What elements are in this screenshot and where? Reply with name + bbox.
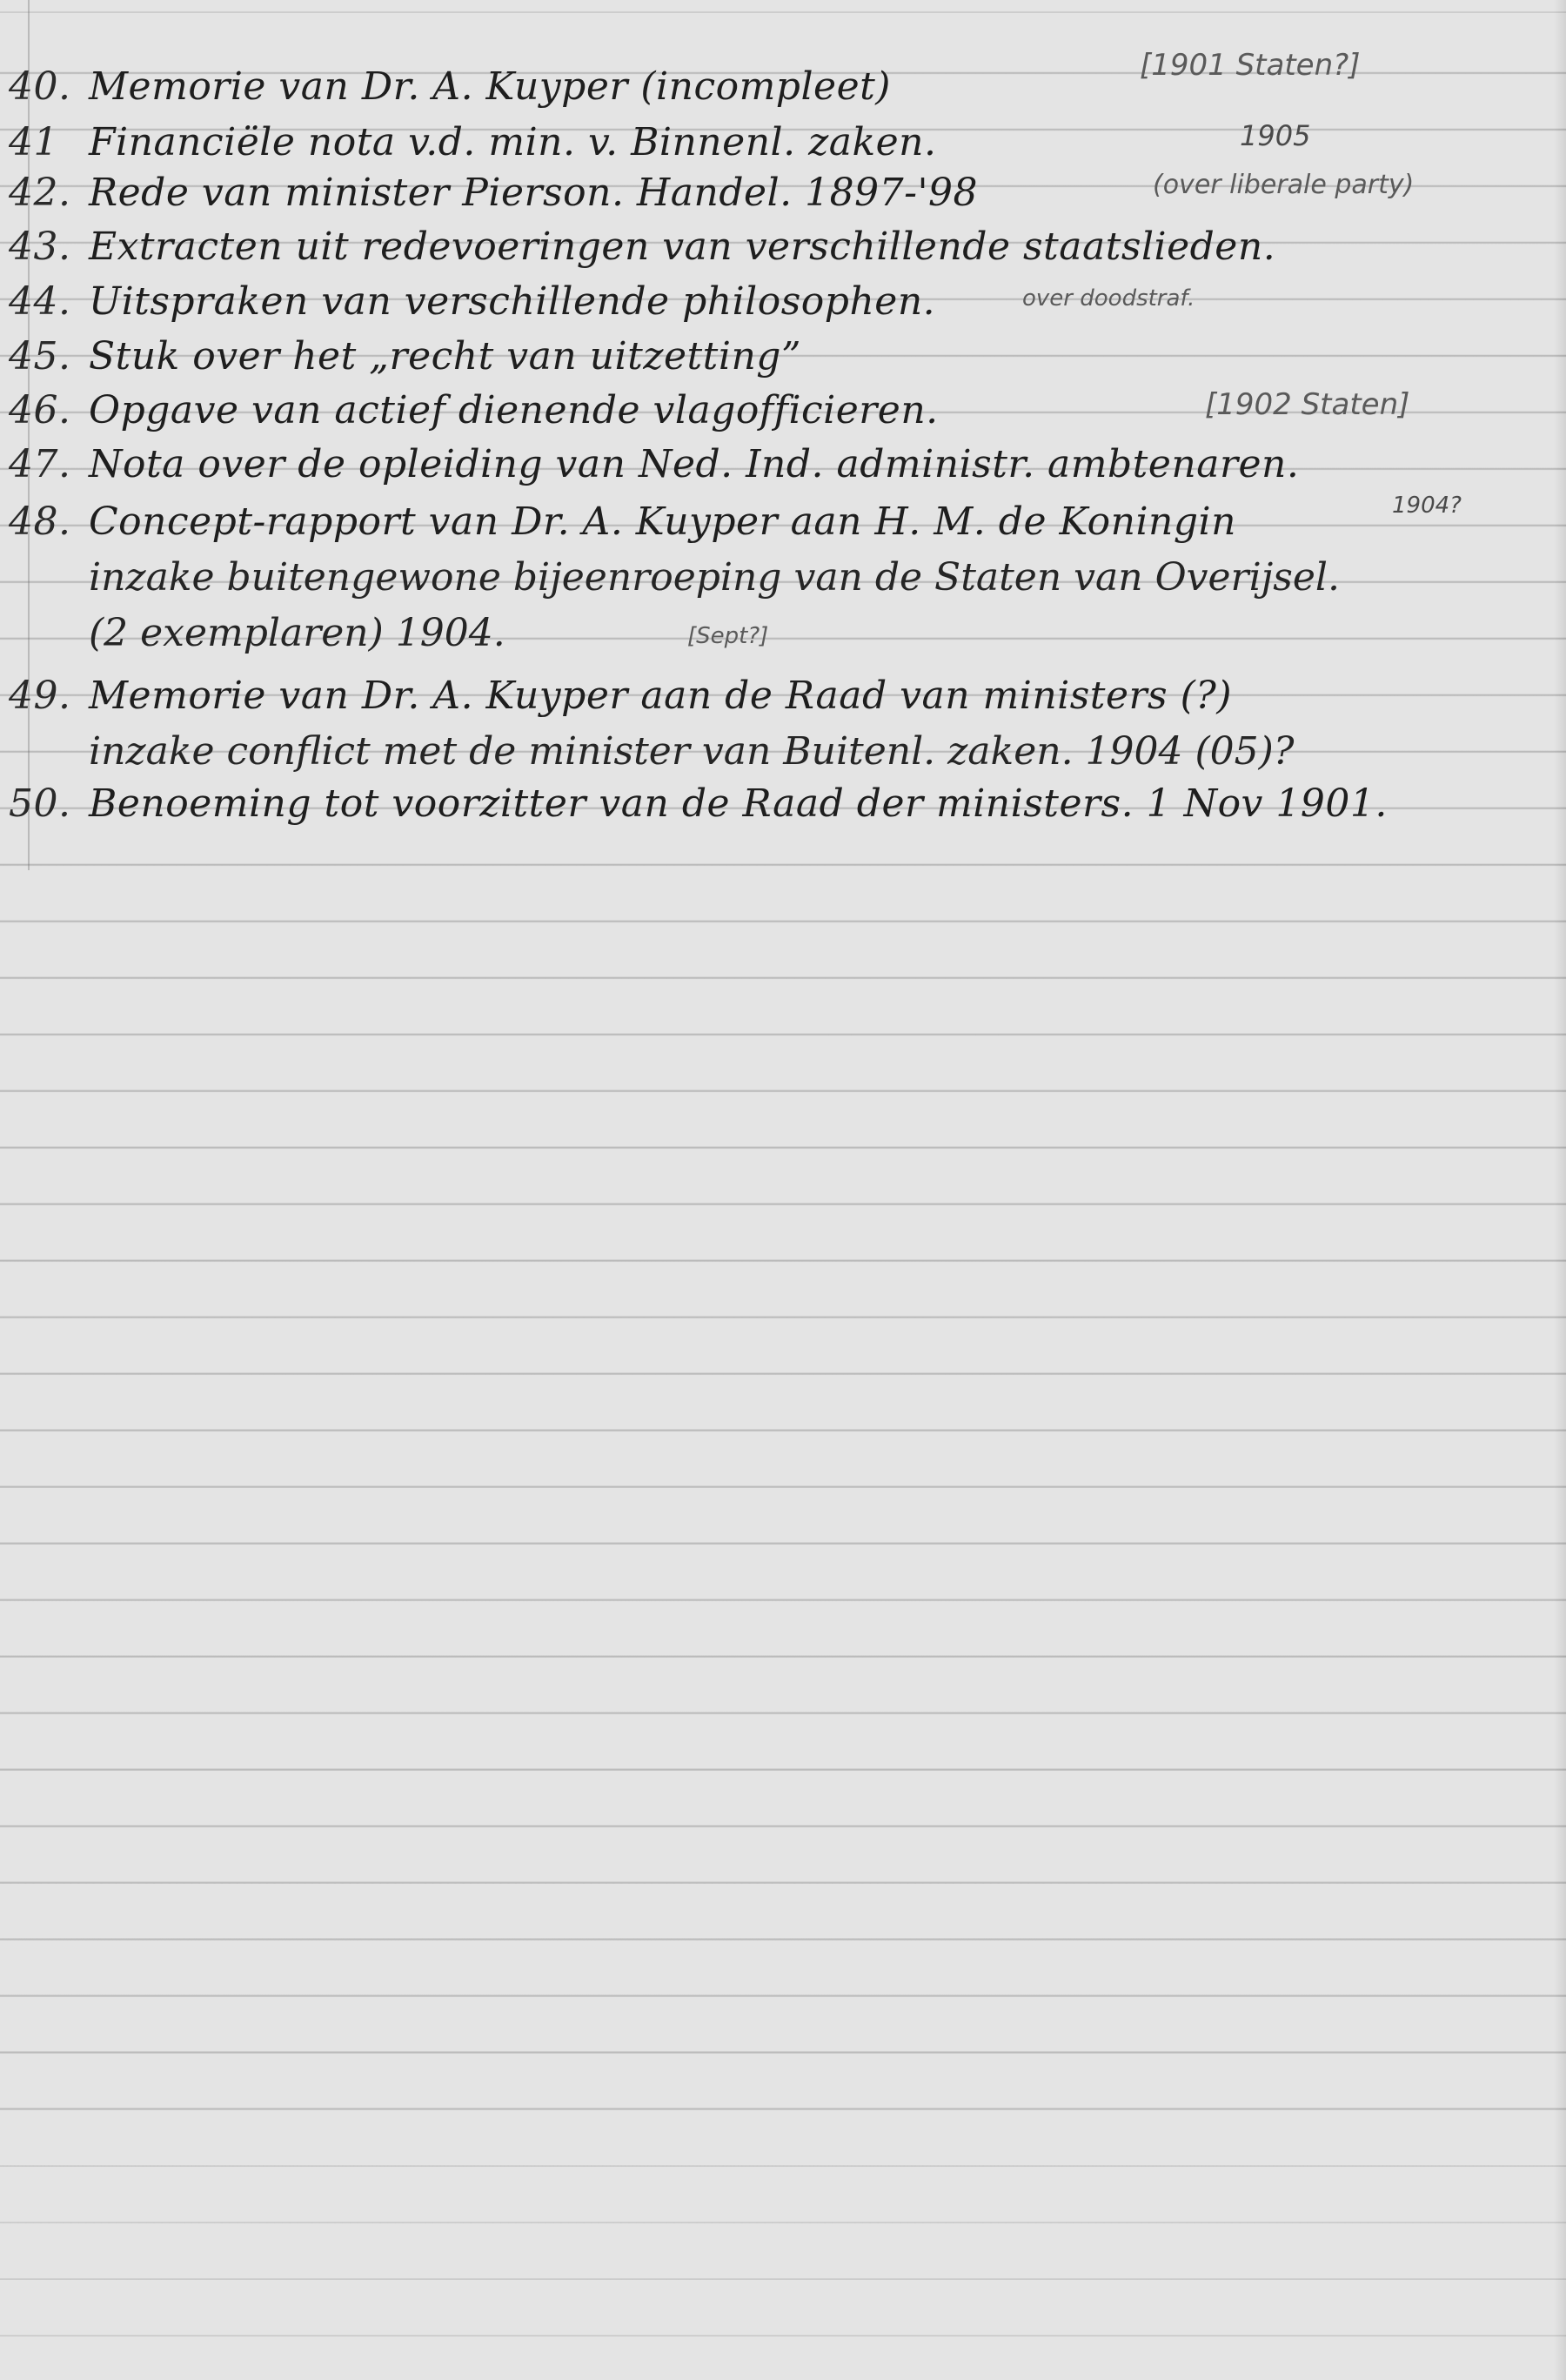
margin-note: 1904? bbox=[1392, 494, 1462, 517]
list-item: 47.Nota over de opleiding van Ned. Ind. … bbox=[9, 446, 1299, 484]
item-number: 40. bbox=[9, 68, 89, 106]
list-item-continuation: inzake conflict met de minister van Buit… bbox=[89, 733, 1294, 771]
margin-note: [1901 Staten?] bbox=[1140, 50, 1360, 80]
item-text: Financiële nota v.d. min. v. Binnenl. za… bbox=[89, 120, 937, 164]
item-text: Memorie van Dr. A. Kuyper aan de Raad va… bbox=[89, 674, 1232, 718]
item-text: Uitspraken van verschillende philosophen… bbox=[89, 279, 935, 324]
item-number: 44. bbox=[9, 283, 89, 321]
item-number: 43. bbox=[9, 228, 89, 266]
list-item: 43.Extracten uit redevoeringen van versc… bbox=[9, 228, 1275, 266]
list-item: 48.Concept-rapport van Dr. A. Kuyper aan… bbox=[9, 503, 1236, 541]
item-number: 47. bbox=[9, 446, 89, 484]
item-number: 50. bbox=[9, 785, 89, 823]
item-text: Concept-rapport van Dr. A. Kuyper aan H.… bbox=[89, 499, 1236, 544]
margin-note: over doodstraf. bbox=[1022, 287, 1195, 310]
margin-note: [1902 Staten] bbox=[1205, 390, 1409, 419]
item-number: 46. bbox=[9, 392, 89, 430]
list-item: 46.Opgave van actief dienende vlagoffici… bbox=[9, 392, 939, 430]
margin-note: 1905 bbox=[1240, 122, 1310, 150]
list-item: 45.Stuk over het „recht van uitzetting” bbox=[9, 338, 801, 376]
item-text: Rede van minister Pierson. Handel. 1897-… bbox=[89, 171, 978, 215]
item-number: 41 bbox=[9, 124, 89, 162]
item-text: Benoeming tot voorzitter van de Raad der… bbox=[89, 781, 1388, 826]
list-item: 50.Benoeming tot voorzitter van de Raad … bbox=[9, 785, 1388, 823]
item-text: Stuk over het „recht van uitzetting” bbox=[89, 334, 801, 379]
list-item: 49.Memorie van Dr. A. Kuyper aan de Raad… bbox=[9, 677, 1232, 715]
margin-note: (over liberale party) bbox=[1153, 172, 1414, 198]
item-text: Extracten uit redevoeringen van verschil… bbox=[89, 225, 1275, 269]
item-number: 45. bbox=[9, 338, 89, 376]
list-item: 41Financiële nota v.d. min. v. Binnenl. … bbox=[9, 124, 937, 162]
item-number: 48. bbox=[9, 503, 89, 541]
item-text: Nota over de opleiding van Ned. Ind. adm… bbox=[89, 442, 1299, 486]
item-text: Opgave van actief dienende vlagofficiere… bbox=[89, 388, 939, 432]
list-item: 42.Rede van minister Pierson. Handel. 18… bbox=[9, 174, 978, 212]
item-number: 42. bbox=[9, 174, 89, 212]
list-item: 40.Memorie van Dr. A. Kuyper (incompleet… bbox=[9, 68, 891, 106]
list-item-continuation: inzake buitengewone bijeenroeping van de… bbox=[89, 559, 1340, 597]
list-item-continuation: (2 exemplaren) 1904. bbox=[89, 614, 505, 653]
item-text: Memorie van Dr. A. Kuyper (incompleet) bbox=[89, 64, 891, 109]
item-number: 49. bbox=[9, 677, 89, 715]
list-item: 44.Uitspraken van verschillende philosop… bbox=[9, 283, 935, 321]
margin-note: [Sept?] bbox=[687, 625, 768, 647]
ruled-paper-page: 40.Memorie van Dr. A. Kuyper (incompleet… bbox=[0, 0, 1566, 2380]
